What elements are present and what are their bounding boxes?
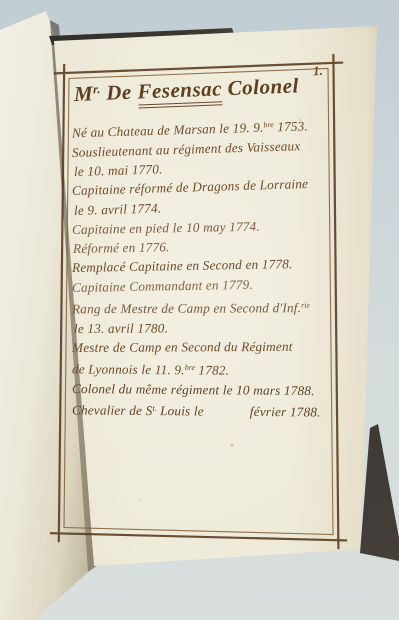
superscript-text: bre xyxy=(185,363,195,372)
handwritten-text: 1753. xyxy=(274,118,309,134)
handwritten-text: le 9. avril 1774. xyxy=(74,200,162,218)
handwritten-text: de Lyonnois le 11. 9. xyxy=(72,362,185,378)
handwritten-text: Colonel du même régiment le 10 mars 1788… xyxy=(72,381,315,398)
handwritten-text: le 13. avril 1780. xyxy=(74,320,168,335)
superscript-text: rie xyxy=(301,301,310,310)
handwritten-text: Capitaine en pied le 10 may 1774. xyxy=(72,219,260,237)
superscript-text: bre xyxy=(263,120,274,129)
manuscript-line: Chevalier de St. Louis lefévrier 1788. xyxy=(72,398,340,422)
handwritten-text: M xyxy=(74,81,94,106)
manuscript-line: Rang de Mestre de Camp en Second d'Inf.r… xyxy=(72,296,340,319)
manuscript-line: Colonel du même régiment le 10 mars 1788… xyxy=(72,379,340,401)
page-number: 1. xyxy=(313,64,324,78)
handwritten-text: Capitaine Commandant en 1779. xyxy=(72,277,253,295)
handwritten-text: Rang de Mestre de Camp en Second d'Inf. xyxy=(72,300,301,316)
handwritten-text: le 10. mai 1770. xyxy=(74,161,163,179)
manuscript-line: Mestre de Camp en Second du Régiment xyxy=(72,337,340,358)
entry-list: Né au Chateau de Marsan le 19. 9.bre 175… xyxy=(72,121,340,420)
handwritten-text: 1782. xyxy=(195,363,229,378)
manuscript-line: Capitaine Commandant en 1779. xyxy=(72,273,340,297)
manuscript-line: de Lyonnois le 11. 9.bre 1782. xyxy=(72,357,340,381)
handwritten-text: Chevalier de S xyxy=(72,403,153,419)
handwritten-text: février 1788. xyxy=(250,404,321,420)
handwritten-text: Louis le xyxy=(157,403,204,418)
handwritten-text: De xyxy=(100,80,138,105)
handwritten-text: Réformé en 1776. xyxy=(73,239,170,256)
handwritten-text: Fesensac xyxy=(137,76,223,108)
handwritten-text: Colonel xyxy=(221,73,299,100)
handwritten-text: Remplacé Capitaine en Second en 1778. xyxy=(72,257,293,276)
manuscript-line: le 13. avril 1780. xyxy=(74,317,340,338)
handwritten-text: Mestre de Camp en Second du Régiment xyxy=(72,339,293,355)
photo-of-manuscript-book: 1. Mr. De Fesensac Colonel Né au Chateau… xyxy=(0,0,399,620)
